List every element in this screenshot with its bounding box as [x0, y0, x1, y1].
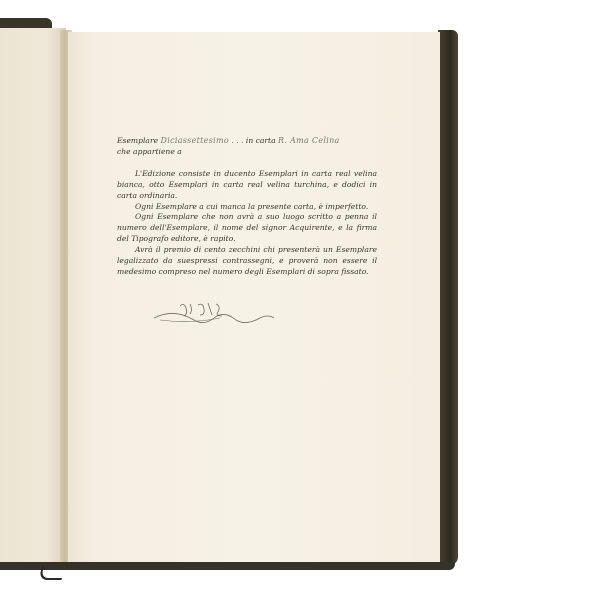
owner-line: che appartiene a: [117, 147, 377, 158]
label-esemplare: Esemplare: [117, 136, 158, 145]
ribbon-bookmark: [37, 566, 66, 580]
edition-paragraph: L'Edizione consiste in ducento Esemplari…: [117, 169, 377, 202]
reward-paragraph: Avrà il premio di cento zecchini chi pre…: [117, 245, 377, 278]
handwritten-copy-number: Diciassettesimo: [161, 136, 229, 145]
stolen-paragraph: Ogni Esemplare che non avrà a suo luogo …: [117, 212, 377, 245]
book-cover-edge: [438, 30, 458, 565]
imperfect-paragraph: Ogni Esemplare a cui manca la presente c…: [117, 202, 377, 213]
colophon-text: Esemplare Diciassettesimo . . . in carta…: [117, 136, 377, 278]
left-page: [0, 28, 66, 564]
handwritten-paper-type: R. Ama Celina: [278, 136, 340, 145]
dots: . . .: [231, 136, 243, 145]
copy-line: Esemplare Diciassettesimo . . . in carta…: [117, 136, 377, 147]
label-in-carta: in carta: [246, 136, 276, 145]
book-cover-bottom: [0, 562, 455, 570]
right-page: [68, 32, 440, 562]
signature-flourish-icon: [150, 300, 280, 324]
